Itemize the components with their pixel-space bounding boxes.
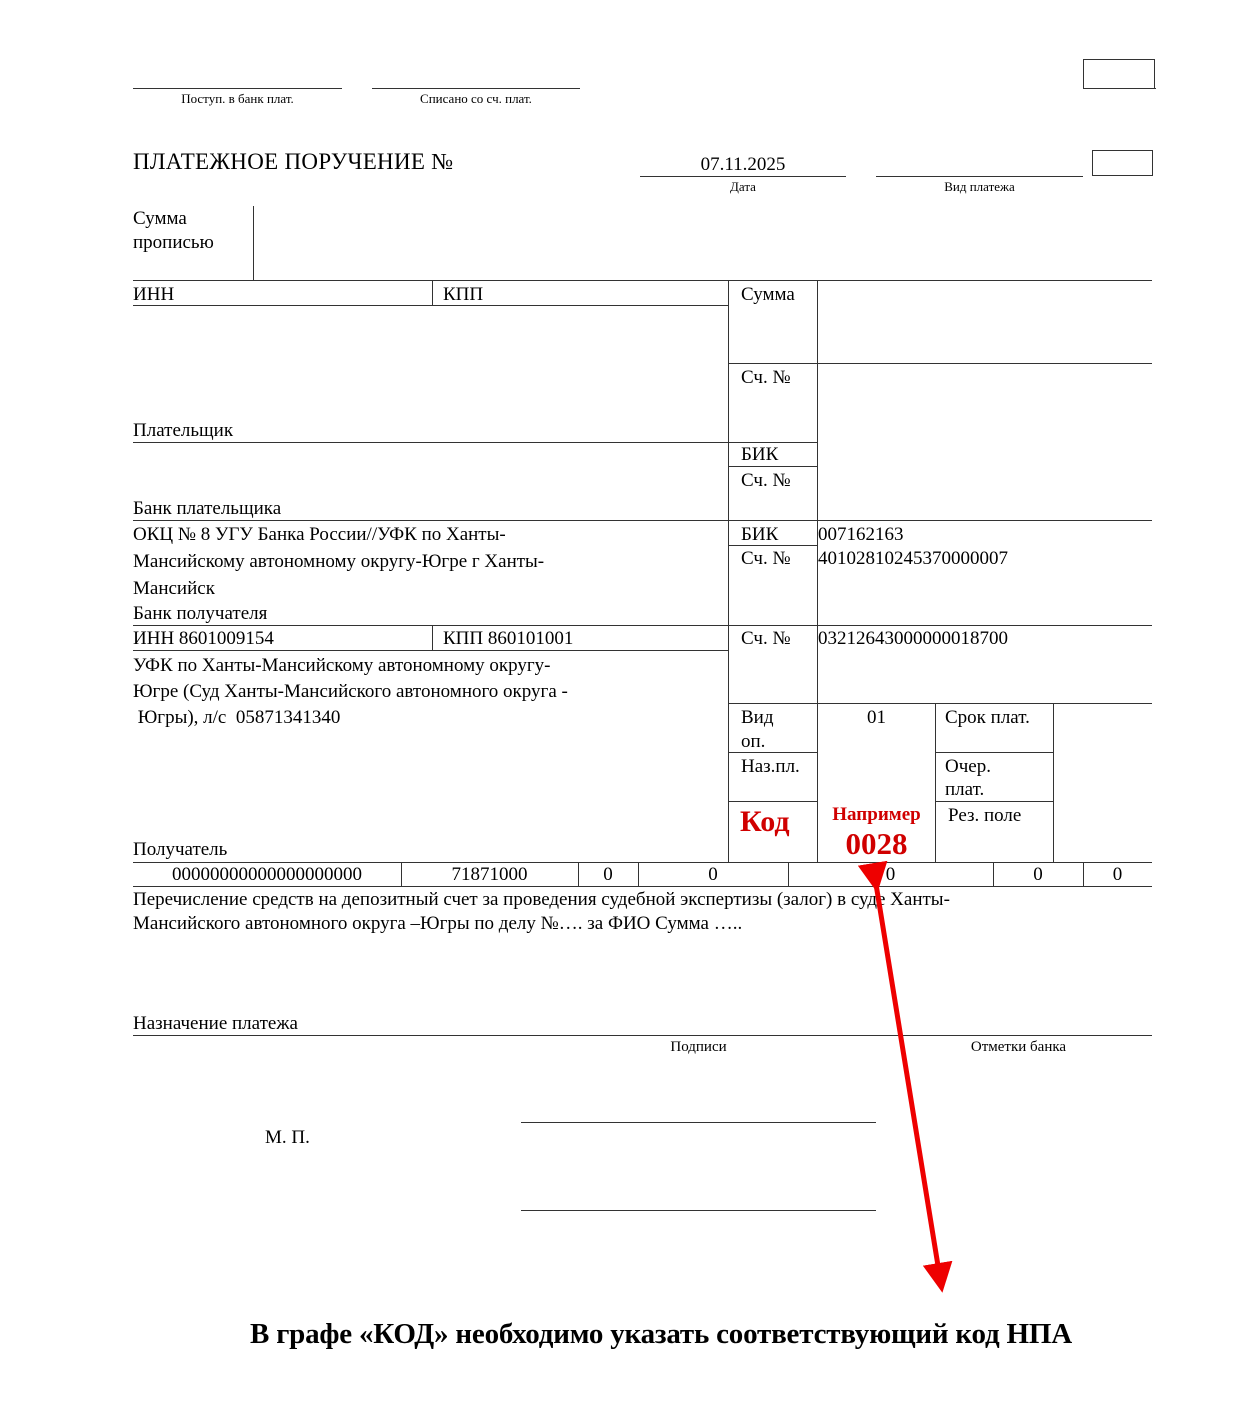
annotation-caption: В графе «КОД» необходимо указать соответ… [250, 1318, 1072, 1351]
double-arrow-icon [0, 0, 1240, 1424]
